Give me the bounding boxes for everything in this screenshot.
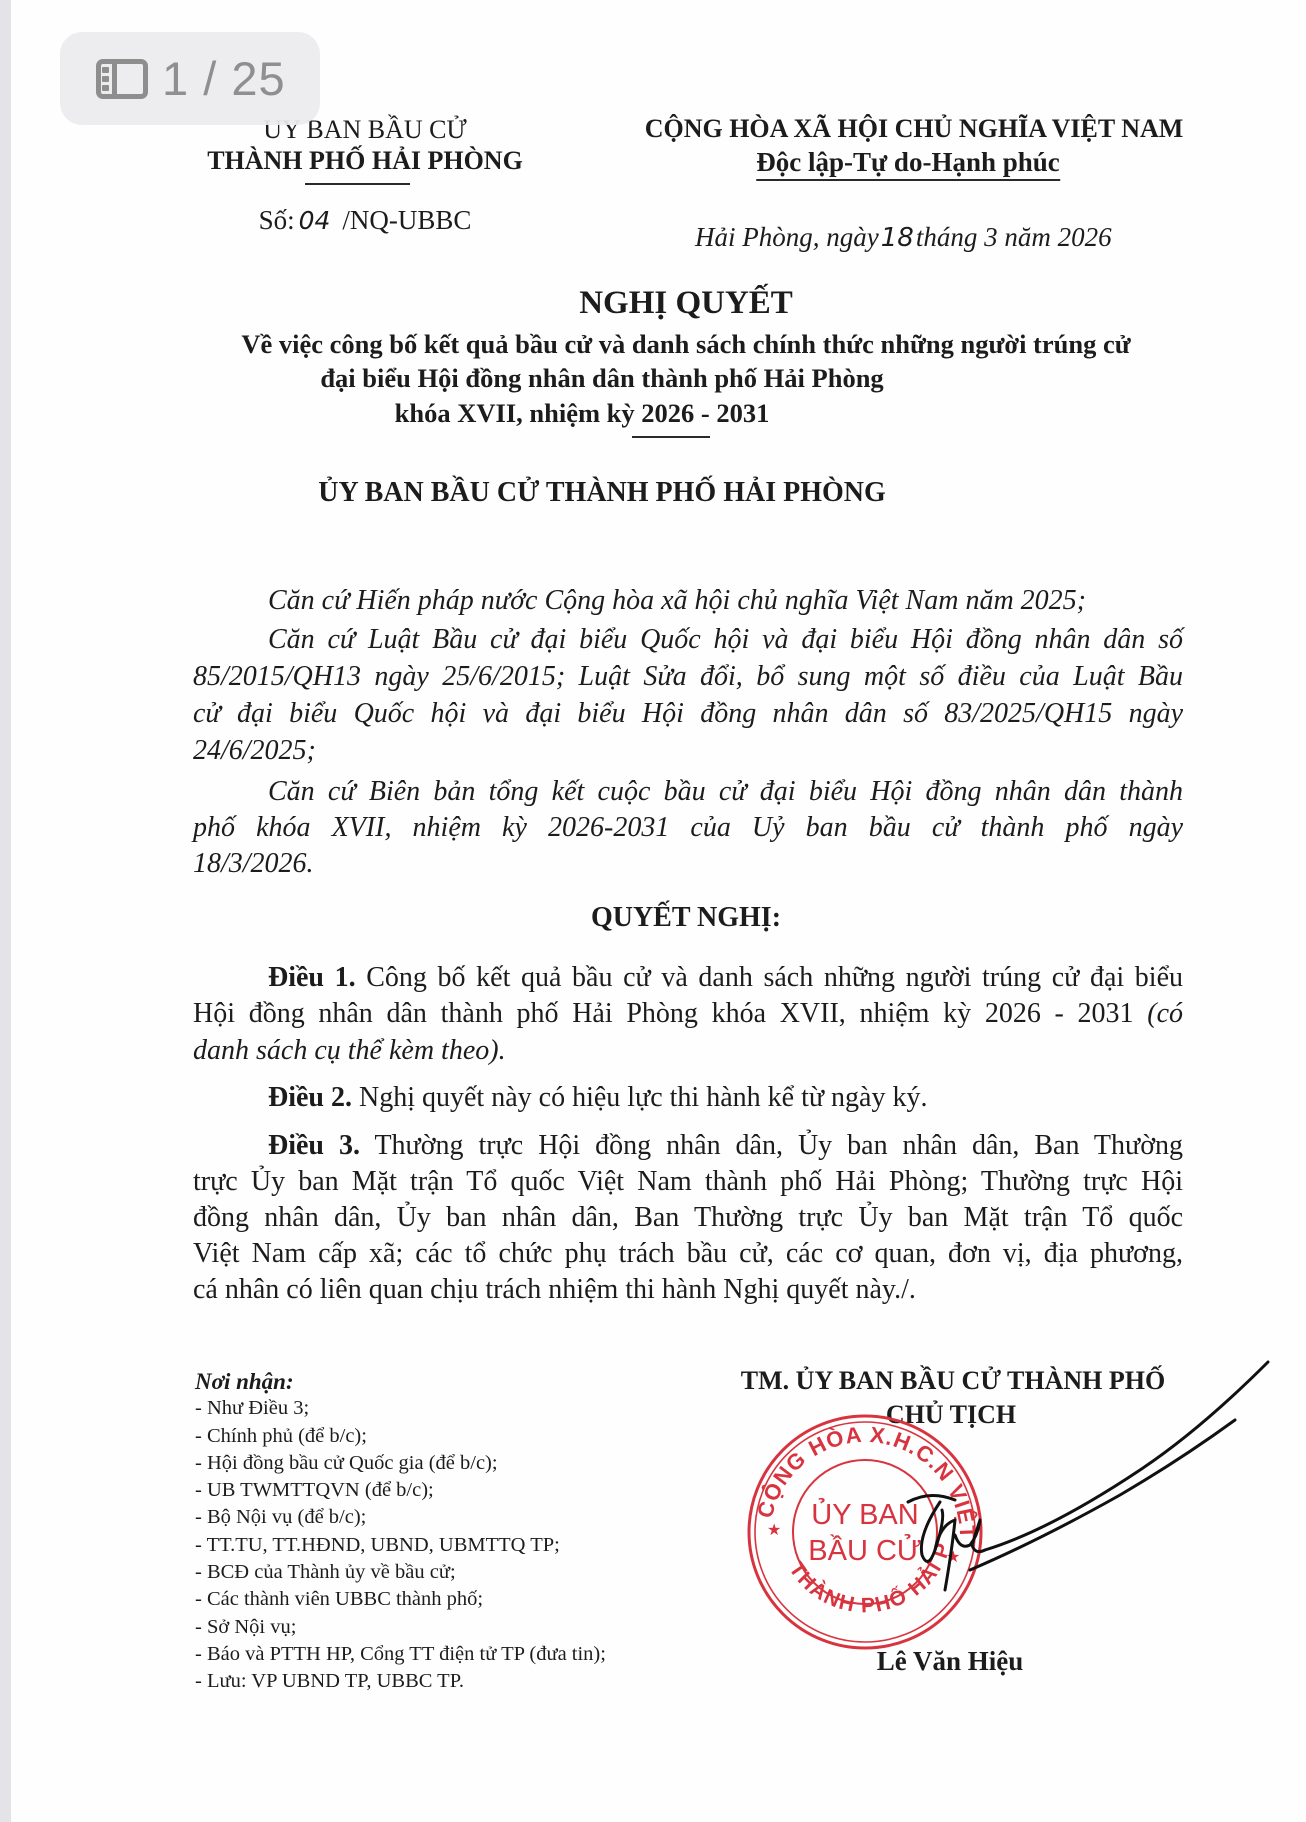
recipient-item: - BCĐ của Thành ủy về bầu cử; [195, 1559, 606, 1586]
issuer-line-2: THÀNH PHỐ HẢI PHÒNG [207, 146, 523, 176]
page-indicator[interactable]: 1 / 25 [60, 32, 320, 125]
article-text: Hội đồng nhân dân thành phố Hải Phòng kh… [193, 998, 1134, 1029]
article-label: Điều 2. [268, 1082, 352, 1113]
recipient-item: - Sở Nội vụ; [195, 1614, 606, 1641]
number-prefix: Số: [259, 205, 295, 235]
recipients-block: Nơi nhận: - Như Điều 3;- Chính phủ (để b… [195, 1368, 606, 1696]
sidebar-thumbnails-icon[interactable] [96, 59, 148, 99]
subtitle-line-1: Về việc công bố kết quả bầu cử và danh s… [241, 329, 1130, 360]
recipient-item: - Lưu: VP UBND TP, UBBC TP. [195, 1668, 606, 1695]
subtitle-line-3: khóa XVII, nhiệm kỳ 2026 - 2031 [395, 398, 770, 429]
recipients-list: - Như Điều 3;- Chính phủ (để b/c);- Hội … [195, 1395, 606, 1695]
national-motto: Độc lập-Tự do-Hạnh phúc [756, 147, 1060, 181]
preamble-line: phố khóa XVII, nhiệm kỳ 2026-2031 của Uỷ… [193, 812, 1183, 844]
article-2: Điều 2. Nghị quyết này có hiệu lực thi h… [193, 1082, 1183, 1114]
document-number: Số:04/NQ-UBBC [259, 205, 472, 236]
preamble-line: 24/6/2025; [193, 735, 1183, 767]
article-3-line: trực Ủy ban Mặt trận Tổ quốc Việt Nam th… [193, 1166, 1183, 1198]
recipient-item: - Bộ Nội vụ (để b/c); [195, 1504, 606, 1531]
issuer-underline [305, 183, 410, 185]
article-text: Thường trực Hội đồng nhân dân, Ủy ban nh… [374, 1130, 1183, 1161]
article-3-line: cá nhân có liên quan chịu trách nhiệm th… [193, 1274, 1183, 1306]
article-3-line: Việt Nam cấp xã; các tổ chức phụ trách b… [193, 1238, 1183, 1270]
article-label: Điều 3. [268, 1130, 360, 1161]
preamble-line: Căn cứ Hiến pháp nước Cộng hòa xã hội ch… [193, 585, 1183, 617]
viewer-left-edge [0, 0, 11, 1822]
decision-heading: QUYẾT NGHỊ: [591, 902, 781, 934]
article-1-line-3: danh sách cụ thể kèm theo). [193, 1035, 1183, 1067]
recipient-item: - Các thành viên UBBC thành phố; [195, 1586, 606, 1613]
article-3-line: đồng nhân dân, Ủy ban nhân dân, Ban Thườ… [193, 1202, 1183, 1234]
article-label: Điều 1. [268, 962, 356, 993]
preamble-line: 85/2015/QH13 ngày 25/6/2015; Luật Sửa đổ… [193, 661, 1183, 693]
issuing-body: ỦY BAN BẦU CỬ THÀNH PHỐ HẢI PHÒNG [318, 477, 886, 509]
article-text: Nghị quyết này có hiệu lực thi hành kể t… [359, 1082, 927, 1113]
date-suffix: tháng 3 năm 2026 [916, 222, 1112, 252]
handwritten-signature [900, 1350, 1280, 1600]
preamble-line: Căn cứ Biên bản tổng kết cuộc bầu cử đại… [193, 776, 1183, 808]
signer-name: Lê Văn Hiệu [877, 1646, 1024, 1677]
number-suffix: /NQ-UBBC [342, 205, 471, 235]
recipient-item: - TT.TU, TT.HĐND, UBND, UBMTTQ TP; [195, 1532, 606, 1559]
issue-date: Hải Phòng, ngày18tháng 3 năm 2026 [695, 222, 1112, 253]
seal-star-left-icon: ★ [767, 1522, 781, 1539]
article-3: Điều 3. Thường trực Hội đồng nhân dân, Ủ… [193, 1130, 1183, 1162]
recipient-item: - UB TWMTTQVN (để b/c); [195, 1477, 606, 1504]
recipient-item: - Hội đồng bầu cử Quốc gia (để b/c); [195, 1450, 606, 1477]
preamble-line: Căn cứ Luật Bầu cử đại biểu Quốc hội và … [193, 624, 1183, 656]
national-title: CỘNG HÒA XÃ HỘI CHỦ NGHĨA VIỆT NAM [645, 114, 1184, 144]
preamble-line: 18/3/2026. [193, 848, 1183, 880]
date-day-handwritten: 18 [881, 223, 914, 253]
document-title: NGHỊ QUYẾT [579, 285, 793, 322]
recipients-heading: Nơi nhận: [195, 1368, 606, 1395]
article-text: Công bố kết quả bầu cử và danh sách nhữn… [366, 962, 1183, 993]
article-1-line-2: Hội đồng nhân dân thành phố Hải Phòng kh… [193, 998, 1183, 1030]
subtitle-line-2: đại biểu Hội đồng nhân dân thành phố Hải… [320, 363, 883, 394]
page-indicator-text: 1 / 25 [162, 51, 286, 106]
recipient-item: - Như Điều 3; [195, 1395, 606, 1422]
recipient-item: - Chính phủ (để b/c); [195, 1423, 606, 1450]
number-handwritten: 04 [299, 206, 331, 235]
date-prefix: Hải Phòng, ngày [695, 222, 879, 252]
article-italic: (có [1147, 998, 1183, 1029]
title-underline [632, 436, 710, 438]
article-1: Điều 1. Công bố kết quả bầu cử và danh s… [193, 962, 1183, 994]
recipient-item: - Báo và PTTH HP, Cổng TT điện tử TP (đư… [195, 1641, 606, 1668]
preamble-line: cử đại biểu Quốc hội và đại biểu Hội đồn… [193, 698, 1183, 730]
